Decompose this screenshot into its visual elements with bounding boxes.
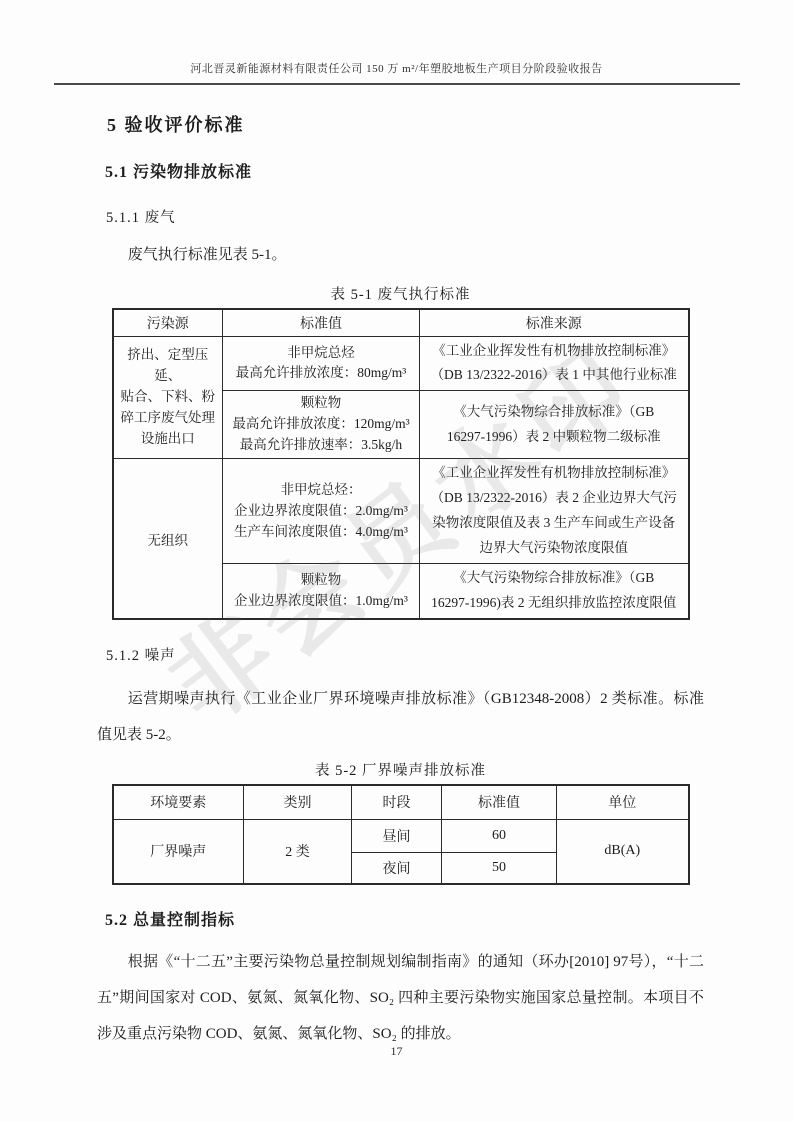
t52-col-environment-element: 环境要素	[113, 785, 244, 819]
t51-cell-nmhc-standard: 非甲烷总烃 最高允许排放浓度：80mg/m³	[223, 336, 420, 391]
section-5-1-1-title: 5.1.1 废气	[106, 206, 704, 227]
t51-cell-fugitive-nmhc-origin: 《工业企业挥发性有机物排放控制标准》 （DB 13/2322-2016）表 2 …	[420, 459, 689, 564]
t51-cell-pm-standard: 颗粒物 最高允许排放浓度：120mg/m³ 最高允许排放速率：3.5kg/h	[223, 391, 420, 459]
t51-col-standard-value: 标准值	[223, 309, 420, 336]
table-5-1: 污染源 标准值 标准来源 挤出、定型压延、 贴合、下料、粉 碎工序废气处理 设施…	[112, 308, 690, 620]
total-control-paragraph: 根据《“十二五”主要污染物总量控制规划编制指南》的通知（环办[2010] 97号…	[97, 944, 704, 1052]
section-5-1-title: 5.1 污染物排放标准	[105, 159, 704, 182]
t51-col-pollution-source: 污染源	[113, 309, 223, 336]
t51-cell-organized-source: 挤出、定型压延、 贴合、下料、粉 碎工序废气处理 设施出口	[113, 336, 223, 459]
page-number: 17	[0, 1044, 793, 1059]
table-row: 挤出、定型压延、 贴合、下料、粉 碎工序废气处理 设施出口 非甲烷总烃 最高允许…	[113, 336, 689, 391]
t51-cell-fugitive-pm-standard: 颗粒物 企业边界浓度限值：1.0mg/m³	[223, 564, 420, 619]
header-divider	[54, 83, 740, 85]
table-row: 无组织 非甲烷总烃： 企业边界浓度限值：2.0mg/m³ 生产车间浓度限值：4.…	[113, 459, 689, 564]
t52-cell-unit: dB(A)	[557, 819, 689, 884]
t52-cell-night-label: 夜间	[352, 852, 442, 884]
t52-col-unit: 单位	[557, 785, 689, 819]
table-5-2: 环境要素 类别 时段 标准值 单位 厂界噪声 2 类 昼间 60 dB(A) 夜…	[112, 784, 690, 885]
t52-cell-day-label: 昼间	[352, 819, 442, 852]
t51-cell-fugitive-nmhc-standard: 非甲烷总烃： 企业边界浓度限值：2.0mg/m³ 生产车间浓度限值：4.0mg/…	[223, 459, 420, 564]
t51-cell-pm-origin: 《大气污染物综合排放标准》（GB 16297-1996）表 2 中颗粒物二级标准	[420, 391, 689, 459]
t51-cell-fugitive-pm-origin: 《大气污染物综合排放标准》（GB 16297-1996)表 2 无组织排放监控浓…	[420, 564, 689, 619]
document-page: 非会员水印 河北晋灵新能源材料有限责任公司 150 万 m²/年塑胶地板生产项目…	[0, 0, 793, 1122]
t52-col-standard-value: 标准值	[442, 785, 557, 819]
doc-header: 河北晋灵新能源材料有限责任公司 150 万 m²/年塑胶地板生产项目分阶段验收报…	[0, 0, 793, 85]
waste-gas-intro-paragraph: 废气执行标准见表 5-1。	[97, 237, 704, 273]
table-5-2-caption: 表 5-2 厂界噪声排放标准	[97, 759, 704, 780]
t51-cell-nmhc-origin: 《工业企业挥发性有机物排放控制标准》 （DB 13/2322-2016）表 1 …	[420, 336, 689, 391]
section-5-title: 5 验收评价标准	[107, 111, 704, 137]
t51-col-standard-origin: 标准来源	[420, 309, 689, 336]
t52-cell-day-value: 60	[442, 819, 557, 852]
table-5-1-caption: 表 5-1 废气执行标准	[97, 283, 704, 304]
noise-paragraph: 运营期噪声执行《工业企业厂界环境噪声排放标准》（GB12348-2008）2 类…	[97, 681, 704, 753]
table-row: 厂界噪声 2 类 昼间 60 dB(A)	[113, 819, 689, 852]
doc-header-title: 河北晋灵新能源材料有限责任公司 150 万 m²/年塑胶地板生产项目分阶段验收报…	[0, 60, 793, 76]
section-5-2-title: 5.2 总量控制指标	[105, 907, 704, 930]
t52-col-category: 类别	[244, 785, 352, 819]
t52-cell-category: 2 类	[244, 819, 352, 884]
section-5-1-2-title: 5.1.2 噪声	[106, 644, 704, 665]
t52-cell-element: 厂界噪声	[113, 819, 244, 884]
page-content: 5 验收评价标准 5.1 污染物排放标准 5.1.1 废气 废气执行标准见表 5…	[0, 111, 793, 1052]
t52-col-period: 时段	[352, 785, 442, 819]
table-5-1-header-row: 污染源 标准值 标准来源	[113, 309, 689, 336]
table-5-2-header-row: 环境要素 类别 时段 标准值 单位	[113, 785, 689, 819]
t51-cell-fugitive-source: 无组织	[113, 459, 223, 619]
t52-cell-night-value: 50	[442, 852, 557, 884]
